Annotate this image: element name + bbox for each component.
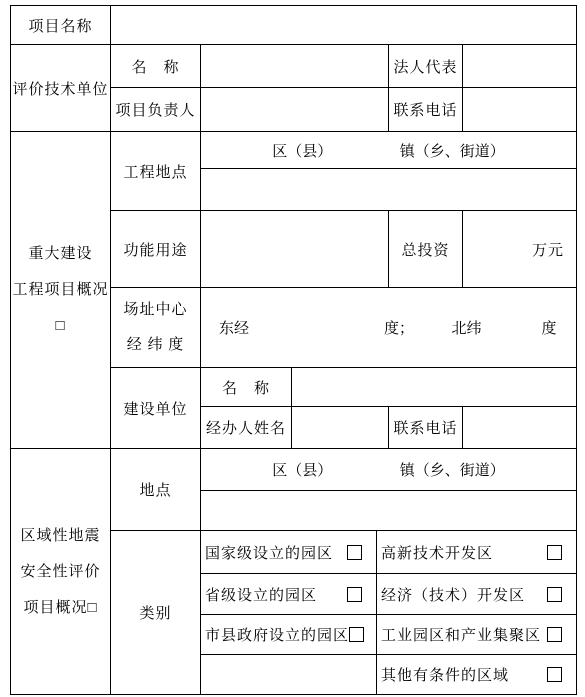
builder-phone-label: 联系电话: [388, 406, 463, 449]
project-location-label: 工程地点: [110, 131, 201, 211]
checkbox-icon[interactable]: [347, 545, 362, 560]
checkbox-icon[interactable]: [547, 587, 562, 602]
project-leader-value[interactable]: [200, 87, 389, 132]
major-project-label-line2: 工程项目概况: [12, 272, 108, 308]
category-option-label: 经济（技术）开发区: [381, 584, 525, 605]
eval-unit-section-label: 评价技术单位: [10, 44, 111, 132]
category-option-label: 市县政府设立的园区: [205, 624, 349, 645]
category-option-label: 其他有条件的区域: [381, 664, 509, 685]
category-option-national-park: 国家级设立的园区: [200, 530, 377, 574]
investment-unit-label: 万元: [532, 239, 564, 260]
builder-name-label: 名 称: [200, 367, 292, 407]
agent-name-value[interactable]: [291, 406, 389, 449]
builder-phone-value[interactable]: [462, 406, 577, 449]
eval-unit-phone-value[interactable]: [462, 87, 577, 132]
category-option-other-area: 其他有条件的区域: [376, 654, 577, 695]
site-center-label-line1: 场址中心: [123, 293, 187, 328]
category-label: 类别: [110, 530, 201, 695]
form-table: 项目名称 评价技术单位 名 称 法人代表 项目负责人 联系电话 重大建设 工程项…: [0, 0, 585, 697]
checkbox-icon[interactable]: [349, 627, 364, 642]
coordinates-cell[interactable]: 东经 度； 北纬 度: [200, 287, 577, 368]
function-use-value[interactable]: [200, 210, 389, 288]
regional-label-line3: 项目概况□: [23, 590, 97, 626]
category-option-economic-zone: 经济（技术）开发区: [376, 573, 577, 615]
major-project-section-label: 重大建设 工程项目概况 □: [10, 131, 111, 449]
category-option-label: 国家级设立的园区: [205, 542, 333, 563]
project-leader-label: 项目负责人: [110, 87, 201, 132]
checkbox-icon[interactable]: [547, 667, 562, 682]
regional-location-header: 区（县） 镇（乡、街道）: [200, 448, 577, 491]
eval-unit-name-label: 名 称: [110, 44, 201, 88]
site-center-label-line2: 经 纬 度: [127, 328, 185, 363]
category-option-provincial-park: 省级设立的园区: [200, 573, 377, 615]
legal-rep-value[interactable]: [462, 44, 577, 88]
checkbox-icon[interactable]: [547, 627, 562, 642]
regional-section-label: 区域性地震 安全性评价 项目概况□: [10, 448, 111, 695]
checkbox-icon[interactable]: [347, 587, 362, 602]
category-option-label: 高新技术开发区: [381, 542, 493, 563]
legal-rep-label: 法人代表: [388, 44, 463, 88]
eval-unit-phone-label: 联系电话: [388, 87, 463, 132]
builder-label: 建设单位: [110, 367, 201, 449]
category-empty-cell: [200, 654, 377, 695]
category-option-city-county-park: 市县政府设立的园区: [200, 614, 377, 655]
project-location-value[interactable]: [200, 168, 577, 211]
category-option-label: 省级设立的园区: [205, 584, 317, 605]
regional-location-label: 地点: [110, 448, 201, 531]
category-option-hightech-zone: 高新技术开发区: [376, 530, 577, 574]
major-project-label-line1: 重大建设: [28, 236, 92, 272]
category-option-industrial-cluster: 工业园区和产业集聚区: [376, 614, 577, 655]
site-center-label: 场址中心 经 纬 度: [110, 287, 201, 368]
major-project-checkbox-glyph[interactable]: □: [55, 308, 65, 344]
total-investment-value-cell[interactable]: 万元: [462, 210, 577, 288]
agent-name-label: 经办人姓名: [200, 406, 292, 449]
category-option-label: 工业园区和产业集聚区: [381, 624, 541, 645]
regional-location-value[interactable]: [200, 490, 577, 531]
builder-name-value[interactable]: [291, 367, 577, 407]
total-investment-label: 总投资: [388, 210, 463, 288]
project-location-header: 区（县） 镇（乡、街道）: [200, 131, 577, 169]
checkbox-icon[interactable]: [547, 545, 562, 560]
regional-label-line2: 安全性评价: [20, 554, 100, 590]
eval-unit-name-value[interactable]: [200, 44, 389, 88]
project-name-label: 项目名称: [10, 5, 111, 45]
project-name-value[interactable]: [110, 5, 577, 45]
regional-label-line1: 区域性地震: [20, 518, 100, 554]
function-use-label: 功能用途: [110, 210, 201, 288]
